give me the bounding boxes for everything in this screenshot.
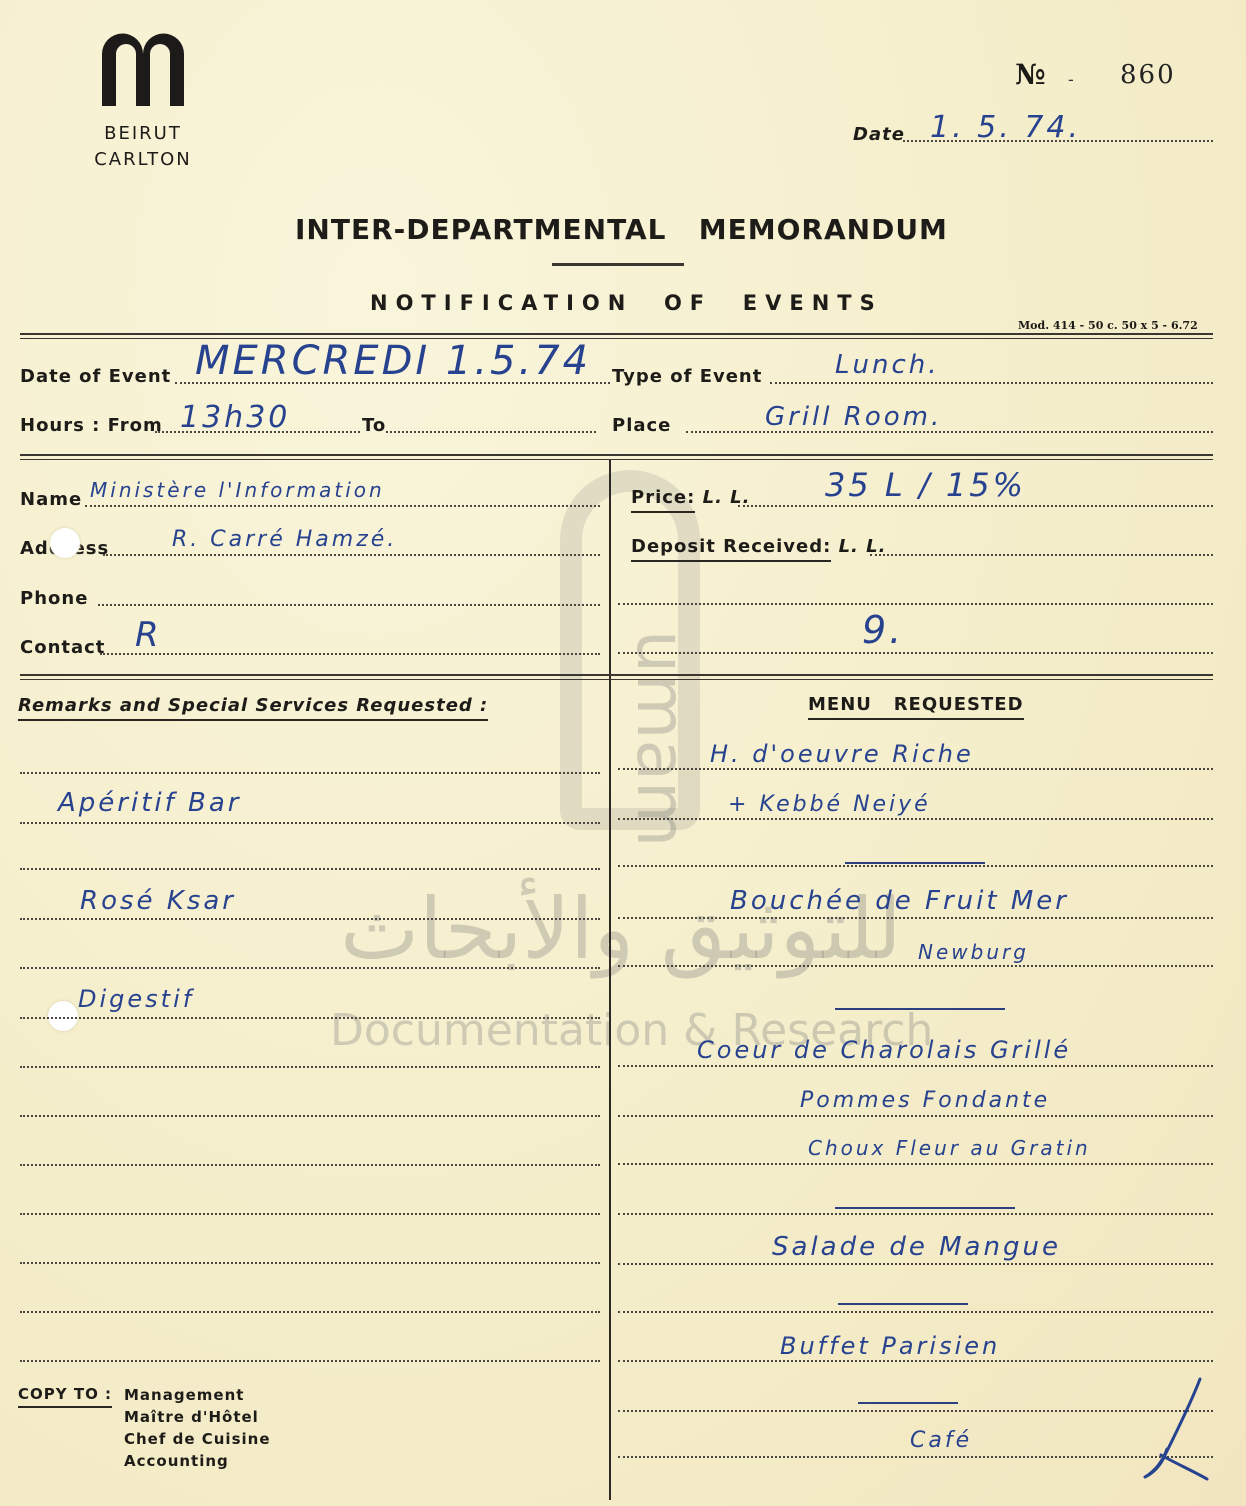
menu-separator-stroke: [858, 1402, 958, 1404]
menu-heading-text: MENU REQUESTED: [808, 694, 1024, 720]
copy-to-label: COPY TO :: [18, 1385, 112, 1403]
section-rule: [20, 333, 1213, 335]
title-underline: [552, 263, 684, 266]
hours-to-label: To: [362, 415, 386, 436]
menu-item[interactable]: Buffet Parisien: [780, 1332, 1000, 1360]
brand-line-1: BEIRUT: [63, 123, 223, 144]
section-rule: [20, 679, 1213, 680]
remarks-line: [20, 822, 600, 824]
remarks-heading: Remarks and Special Services Requested :: [18, 695, 488, 716]
remarks-heading-text: Remarks and Special Services Requested :: [18, 695, 488, 721]
menu-line: [618, 818, 1213, 820]
hours-from-value[interactable]: 13h30: [180, 400, 290, 435]
menu-line: [618, 1263, 1213, 1265]
contact-label: Contact: [20, 637, 105, 658]
price-value[interactable]: 35 L / 15%: [825, 466, 1026, 504]
menu-item[interactable]: Café: [910, 1428, 972, 1453]
type-of-event-line: [770, 382, 1213, 384]
address-line: [103, 554, 600, 556]
punch-hole: [48, 1001, 78, 1031]
deposit-line[interactable]: [870, 554, 1213, 556]
menu-line: [618, 865, 1213, 867]
menu-item[interactable]: Coeur de Charolais Grillé: [697, 1036, 1071, 1064]
place-value[interactable]: Grill Room.: [765, 402, 942, 432]
document-number: 860: [1120, 60, 1176, 90]
menu-item[interactable]: Choux Fleur au Gratin: [808, 1136, 1091, 1160]
price-label: Price: L. L.: [631, 487, 751, 508]
remarks-item[interactable]: Digestif: [78, 985, 194, 1013]
menu-item[interactable]: Bouchée de Fruit Mer: [730, 886, 1069, 916]
signature-icon: [1135, 1375, 1215, 1485]
type-of-event-value[interactable]: Lunch.: [835, 350, 939, 380]
menu-line: [618, 1163, 1213, 1165]
phone-label: Phone: [20, 588, 88, 609]
section-rule: [20, 454, 1213, 456]
copy-to-label-text: COPY TO :: [18, 1385, 112, 1408]
menu-item[interactable]: Newburg: [918, 940, 1029, 964]
remarks-line[interactable]: [20, 772, 600, 774]
place-label: Place: [612, 415, 671, 436]
menu-heading: MENU REQUESTED: [808, 694, 1024, 715]
punch-hole: [50, 528, 80, 558]
menu-line: [618, 917, 1213, 919]
menu-separator-stroke: [835, 1008, 1005, 1010]
copy-to-recipient: Chef de Cuisine: [124, 1428, 271, 1450]
remarks-line: [20, 1017, 600, 1019]
copy-to-recipient: Maître d'Hôtel: [124, 1406, 271, 1428]
menu-item[interactable]: Pommes Fondante: [800, 1088, 1050, 1113]
column-divider: [609, 460, 611, 1500]
memo-subtitle: NOTIFICATION OF EVENTS: [370, 291, 883, 315]
menu-line: [618, 1360, 1213, 1362]
address-value[interactable]: R. Carré Hamzé.: [172, 527, 397, 552]
price-line: [738, 505, 1213, 507]
memo-title: INTER-DEPARTMENTAL MEMORANDUM: [295, 213, 948, 246]
remarks-line[interactable]: [20, 1360, 600, 1362]
menu-line: [618, 1456, 1213, 1458]
menu-separator-stroke: [835, 1207, 1015, 1209]
date-of-event-label: Date of Event: [20, 366, 171, 387]
menu-item[interactable]: + Kebbé Neiyé: [728, 792, 931, 817]
hotel-logo-m-icon: [102, 26, 184, 106]
hours-from-label: Hours : From: [20, 415, 163, 436]
remarks-line[interactable]: [20, 1262, 600, 1264]
menu-line: [618, 768, 1213, 770]
date-label: Date: [853, 124, 905, 145]
phone-line[interactable]: [98, 604, 600, 606]
remarks-line[interactable]: [20, 1213, 600, 1215]
menu-item[interactable]: Salade de Mangue: [772, 1232, 1061, 1262]
name-value[interactable]: Ministère l'Information: [90, 478, 385, 502]
copy-to-recipient: Accounting: [124, 1450, 271, 1472]
deposit-label-text: Deposit Received:: [631, 536, 831, 562]
menu-line: [618, 965, 1213, 967]
deposit-label: Deposit Received: L. L.: [631, 536, 886, 557]
price-label-text: Price:: [631, 487, 695, 513]
hours-to-line[interactable]: [386, 431, 596, 433]
remarks-line: [20, 967, 600, 969]
copy-to-list: Management Maître d'Hôtel Chef de Cuisin…: [124, 1384, 271, 1472]
name-label: Name: [20, 489, 82, 510]
menu-item[interactable]: H. d'oeuvre Riche: [710, 740, 974, 768]
number-separator: -: [1068, 70, 1074, 89]
remarks-line[interactable]: [20, 1115, 600, 1117]
menu-line: [618, 1410, 1213, 1412]
billing-extra-line: [618, 652, 1213, 654]
menu-line: [618, 1115, 1213, 1117]
remarks-line: [20, 918, 600, 920]
menu-separator-stroke: [838, 1303, 968, 1305]
contact-value[interactable]: R: [135, 615, 162, 655]
section-rule: [20, 459, 1213, 460]
remarks-item[interactable]: Apéritif Bar: [58, 788, 242, 818]
remarks-line[interactable]: [20, 1164, 600, 1166]
remarks-line[interactable]: [20, 1066, 600, 1068]
watermark-latin: umam: [621, 630, 700, 847]
type-of-event-label: Type of Event: [612, 366, 762, 387]
remarks-line[interactable]: [20, 1311, 600, 1313]
form-code: Mod. 414 - 50 c. 50 x 5 - 6.72: [1018, 319, 1198, 332]
billing-extra-value[interactable]: 9.: [862, 608, 904, 652]
billing-extra-line[interactable]: [618, 603, 1213, 605]
menu-separator-stroke: [845, 862, 985, 864]
name-line: [85, 505, 600, 507]
date-of-event-value[interactable]: MERCREDI 1.5.74: [195, 338, 591, 384]
contact-line: [100, 653, 600, 655]
remarks-line: [20, 868, 600, 870]
menu-line: [618, 1065, 1213, 1067]
section-rule: [20, 674, 1213, 676]
date-value[interactable]: 1. 5. 74.: [930, 110, 1081, 145]
menu-line: [618, 1213, 1213, 1215]
number-label: №: [1015, 58, 1045, 91]
brand-line-2: CARLTON: [63, 149, 223, 170]
copy-to-recipient: Management: [124, 1384, 271, 1406]
menu-line: [618, 1311, 1213, 1313]
remarks-item[interactable]: Rosé Ksar: [80, 886, 236, 916]
